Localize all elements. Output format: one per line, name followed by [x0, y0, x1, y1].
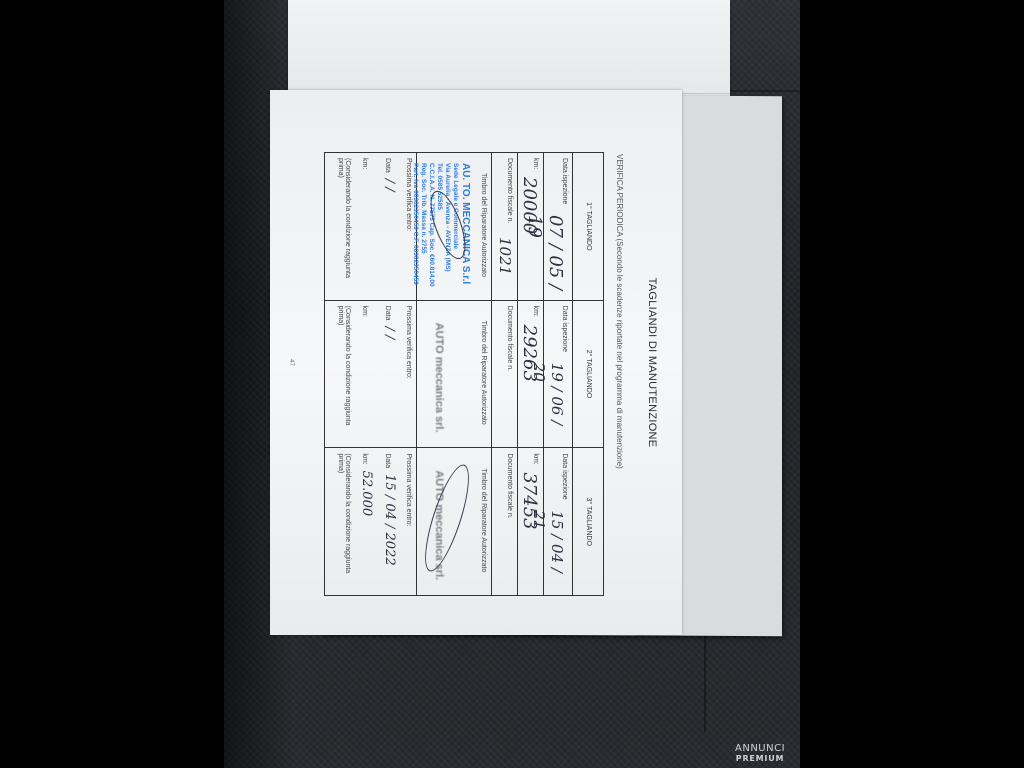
doc-label: Documento fiscale n. — [506, 158, 513, 223]
date-label: Data ispezione — [561, 158, 568, 204]
annunci-premium-watermark: ANNUNCI PREMIUM — [735, 744, 785, 764]
next-date-label: Data — [384, 306, 391, 321]
stamp-label: Timbro del Riparatore Autorizzato — [480, 173, 487, 277]
stamp-cell: Timbro del Riparatore Autorizzato AUTO m… — [416, 301, 491, 448]
next-check-label: Prossima verifica entro: — [405, 306, 412, 443]
doc-value: 1021 — [496, 237, 514, 275]
inspection-date-cell: Data ispezione 19 / 06 / 20 — [543, 301, 572, 448]
stamp-label: Timbro del Riparatore Autorizzato — [480, 468, 487, 572]
doc-label: Documento fiscale n. — [506, 306, 513, 371]
next-check-note: (Considerando la condizione raggiunta pr… — [337, 306, 351, 443]
km-value: 20000 — [519, 177, 540, 234]
booklet-back-page — [288, 0, 730, 100]
km-value: 37453 — [519, 472, 540, 529]
maintenance-booklet-page: TAGLIANDI DI MANUTENZIONE VERIFICA PERIO… — [270, 90, 682, 635]
next-km-label: km: — [361, 306, 368, 317]
next-date-value: / / — [382, 179, 397, 192]
km-cell: km: 29263 — [517, 301, 543, 448]
fiscal-document-cell: Documento fiscale n. — [491, 301, 517, 448]
next-check-cell: Prossima verifica entro: Data/ / km: (Co… — [325, 301, 416, 448]
next-check-cell: Prossima verifica entro: Data/ / km: (Co… — [325, 153, 416, 300]
doc-label: Documento fiscale n. — [506, 453, 513, 518]
service-column-1: 1° TAGLIANDO Data ispezione 07 / 05 / 19… — [325, 153, 603, 301]
next-km-label: km: — [361, 453, 368, 464]
next-date-label: Data — [384, 453, 391, 468]
km-cell: km: 37453 — [517, 448, 543, 595]
service-table: 1° TAGLIANDO Data ispezione 07 / 05 / 19… — [324, 152, 604, 596]
next-km-label: km: — [361, 158, 368, 169]
stamp-line: Reg. Soc. Trib. Massa n. 2755 — [419, 163, 427, 287]
next-date-value: 15 / 04 / 2022 — [382, 474, 397, 565]
date-label: Data ispezione — [561, 306, 568, 352]
stamp-cell: Timbro del Riparatore Autorizzato AUTO m… — [416, 448, 491, 595]
fiscal-document-cell: Documento fiscale n. 1021 — [491, 153, 517, 300]
next-check-label: Prossima verifica entro: — [405, 158, 412, 295]
service-column-3: 3° TAGLIANDO Data ispezione 15 / 04 / 21… — [325, 448, 603, 595]
page-subtitle: VERIFICA PERIODICA (Secondo le scadenze … — [615, 154, 624, 469]
km-label: km: — [532, 306, 539, 317]
column-header: 3° TAGLIANDO — [572, 448, 603, 595]
next-check-note: (Considerando la condizione raggiunta pr… — [337, 453, 351, 590]
inspection-date-cell: Data ispezione 15 / 04 / 21 — [543, 448, 572, 595]
watermark-line-1: ANNUNCI — [735, 744, 785, 754]
stamp-label: Timbro del Riparatore Autorizzato — [480, 321, 487, 425]
km-label: km: — [532, 453, 539, 464]
workshop-stamp: AUTO meccanica srl. — [433, 323, 445, 433]
km-value: 29263 — [519, 325, 540, 382]
next-date-label: Data — [384, 158, 391, 173]
service-column-2: 2° TAGLIANDO Data ispezione 19 / 06 / 20… — [325, 301, 603, 449]
watermark-line-2: PREMIUM — [735, 754, 785, 764]
inspection-date-cell: Data ispezione 07 / 05 / 19 — [543, 153, 572, 300]
next-check-label: Prossima verifica entro: — [405, 453, 412, 590]
next-check-note: (Considerando la condizione raggiunta pr… — [337, 158, 351, 295]
page-title: TAGLIANDI DI MANUTENZIONE — [646, 90, 658, 635]
signature-scribble — [417, 461, 478, 576]
fiscal-document-cell: Documento fiscale n. — [491, 448, 517, 595]
column-header: 1° TAGLIANDO — [572, 153, 603, 300]
next-km-value: 52.000 — [359, 471, 374, 517]
next-date-value: / / — [382, 326, 397, 339]
column-header: 2° TAGLIANDO — [572, 301, 603, 448]
km-cell: km: 20000 — [517, 153, 543, 300]
km-label: km: — [532, 158, 539, 169]
stamp-cell: Timbro del Riparatore Autorizzato AU. TO… — [416, 153, 491, 300]
date-label: Data ispezione — [561, 453, 568, 499]
page-number: 47 — [288, 90, 294, 635]
next-check-cell: Prossima verifica entro: Data15 / 04 / 2… — [325, 448, 416, 595]
